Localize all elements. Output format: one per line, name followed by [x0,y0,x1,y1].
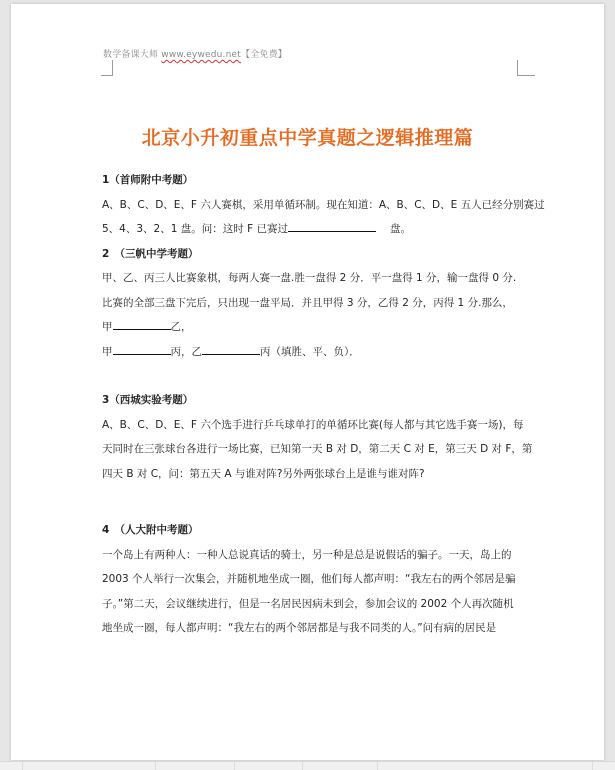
answer-blank[interactable] [113,319,171,330]
question-heading: 3（西城实验考题） [102,392,542,417]
document-title: 北京小升初重点中学真题之逻辑推理篇 [11,123,604,150]
margin-corner-mark-top-right [517,60,535,76]
header-url: www.eywedu.net [161,50,241,60]
next-page-edge [0,761,615,770]
question-text-line: 一个岛上有两种人：一种人总说真话的骑士，另一种是总是说假话的骗子。一天，岛上的 [102,547,542,572]
question-text-line: 甲、乙、丙三人比赛象棋，每两人赛一盘.胜一盘得 2 分．平一盘得 1 分，输一盘… [102,270,542,295]
document-page: 数学备课大师 www.eywedu.net【全免费】 北京小升初重点中学真题之逻… [11,4,604,760]
answer-blank[interactable] [113,344,171,355]
question-heading: 4 （人大附中考题） [102,522,542,547]
document-viewport: 数学备课大师 www.eywedu.net【全免费】 北京小升初重点中学真题之逻… [0,0,615,770]
question-text-line: A、B、C、D、E、F 六个选手进行乒乓球单打的单循环比赛(每人都与其它选手赛一… [102,417,542,442]
question-heading: 1（首师附中考题） [102,172,542,197]
page-header: 数学备课大师 www.eywedu.net【全免费】 [103,47,287,60]
header-suffix: 【全免费】 [241,50,287,60]
question-text-line: 四天 B 对 C，问：第五天 A 与谁对阵?另外两张球台上是谁与谁对阵? [102,466,542,491]
question-text-line: 甲乙， [102,319,542,344]
question-text-line: 2003 个人举行一次集会，并随机地坐成一圈，他们每人都声明：“我左右的两个邻居… [102,571,542,596]
question-heading: 2 （三帆中学考题） [102,246,542,271]
question-text-line: 5、4、3、2、1 盘。问：这时 F 已赛过盘。 [102,221,542,246]
question-text-line: 比赛的全部三盘下完后，只出现一盘平局．并且甲得 3 分，乙得 2 分，丙得 1 … [102,295,542,320]
answer-blank[interactable] [288,221,376,232]
question-text-line: 天同时在三张球台各进行一场比赛，已知第一天 B 对 D，第二天 C 对 E，第三… [102,441,542,466]
answer-blank[interactable] [202,344,260,355]
question-text-line: 甲丙，乙丙（填胜、平、负）． [102,344,542,369]
question-text-line: A、B、C、D、E、F 六人赛棋，采用单循环制。现在知道：A、B、C、D、E 五… [102,197,542,222]
header-prefix: 数学备课大师 [103,50,161,60]
document-body: 1（首师附中考题） A、B、C、D、E、F 六人赛棋，采用单循环制。现在知道：A… [102,172,542,645]
margin-corner-mark-top-left [101,60,113,76]
question-text-line: 子。”第二天，会议继续进行，但是一名居民因病未到会，参加会议的 2002 个人再… [102,596,542,621]
question-text-line: 地坐成一圈，每人都声明：“我左右的两个邻居都是与我不同类的人。”问有病的居民是 [102,620,542,645]
